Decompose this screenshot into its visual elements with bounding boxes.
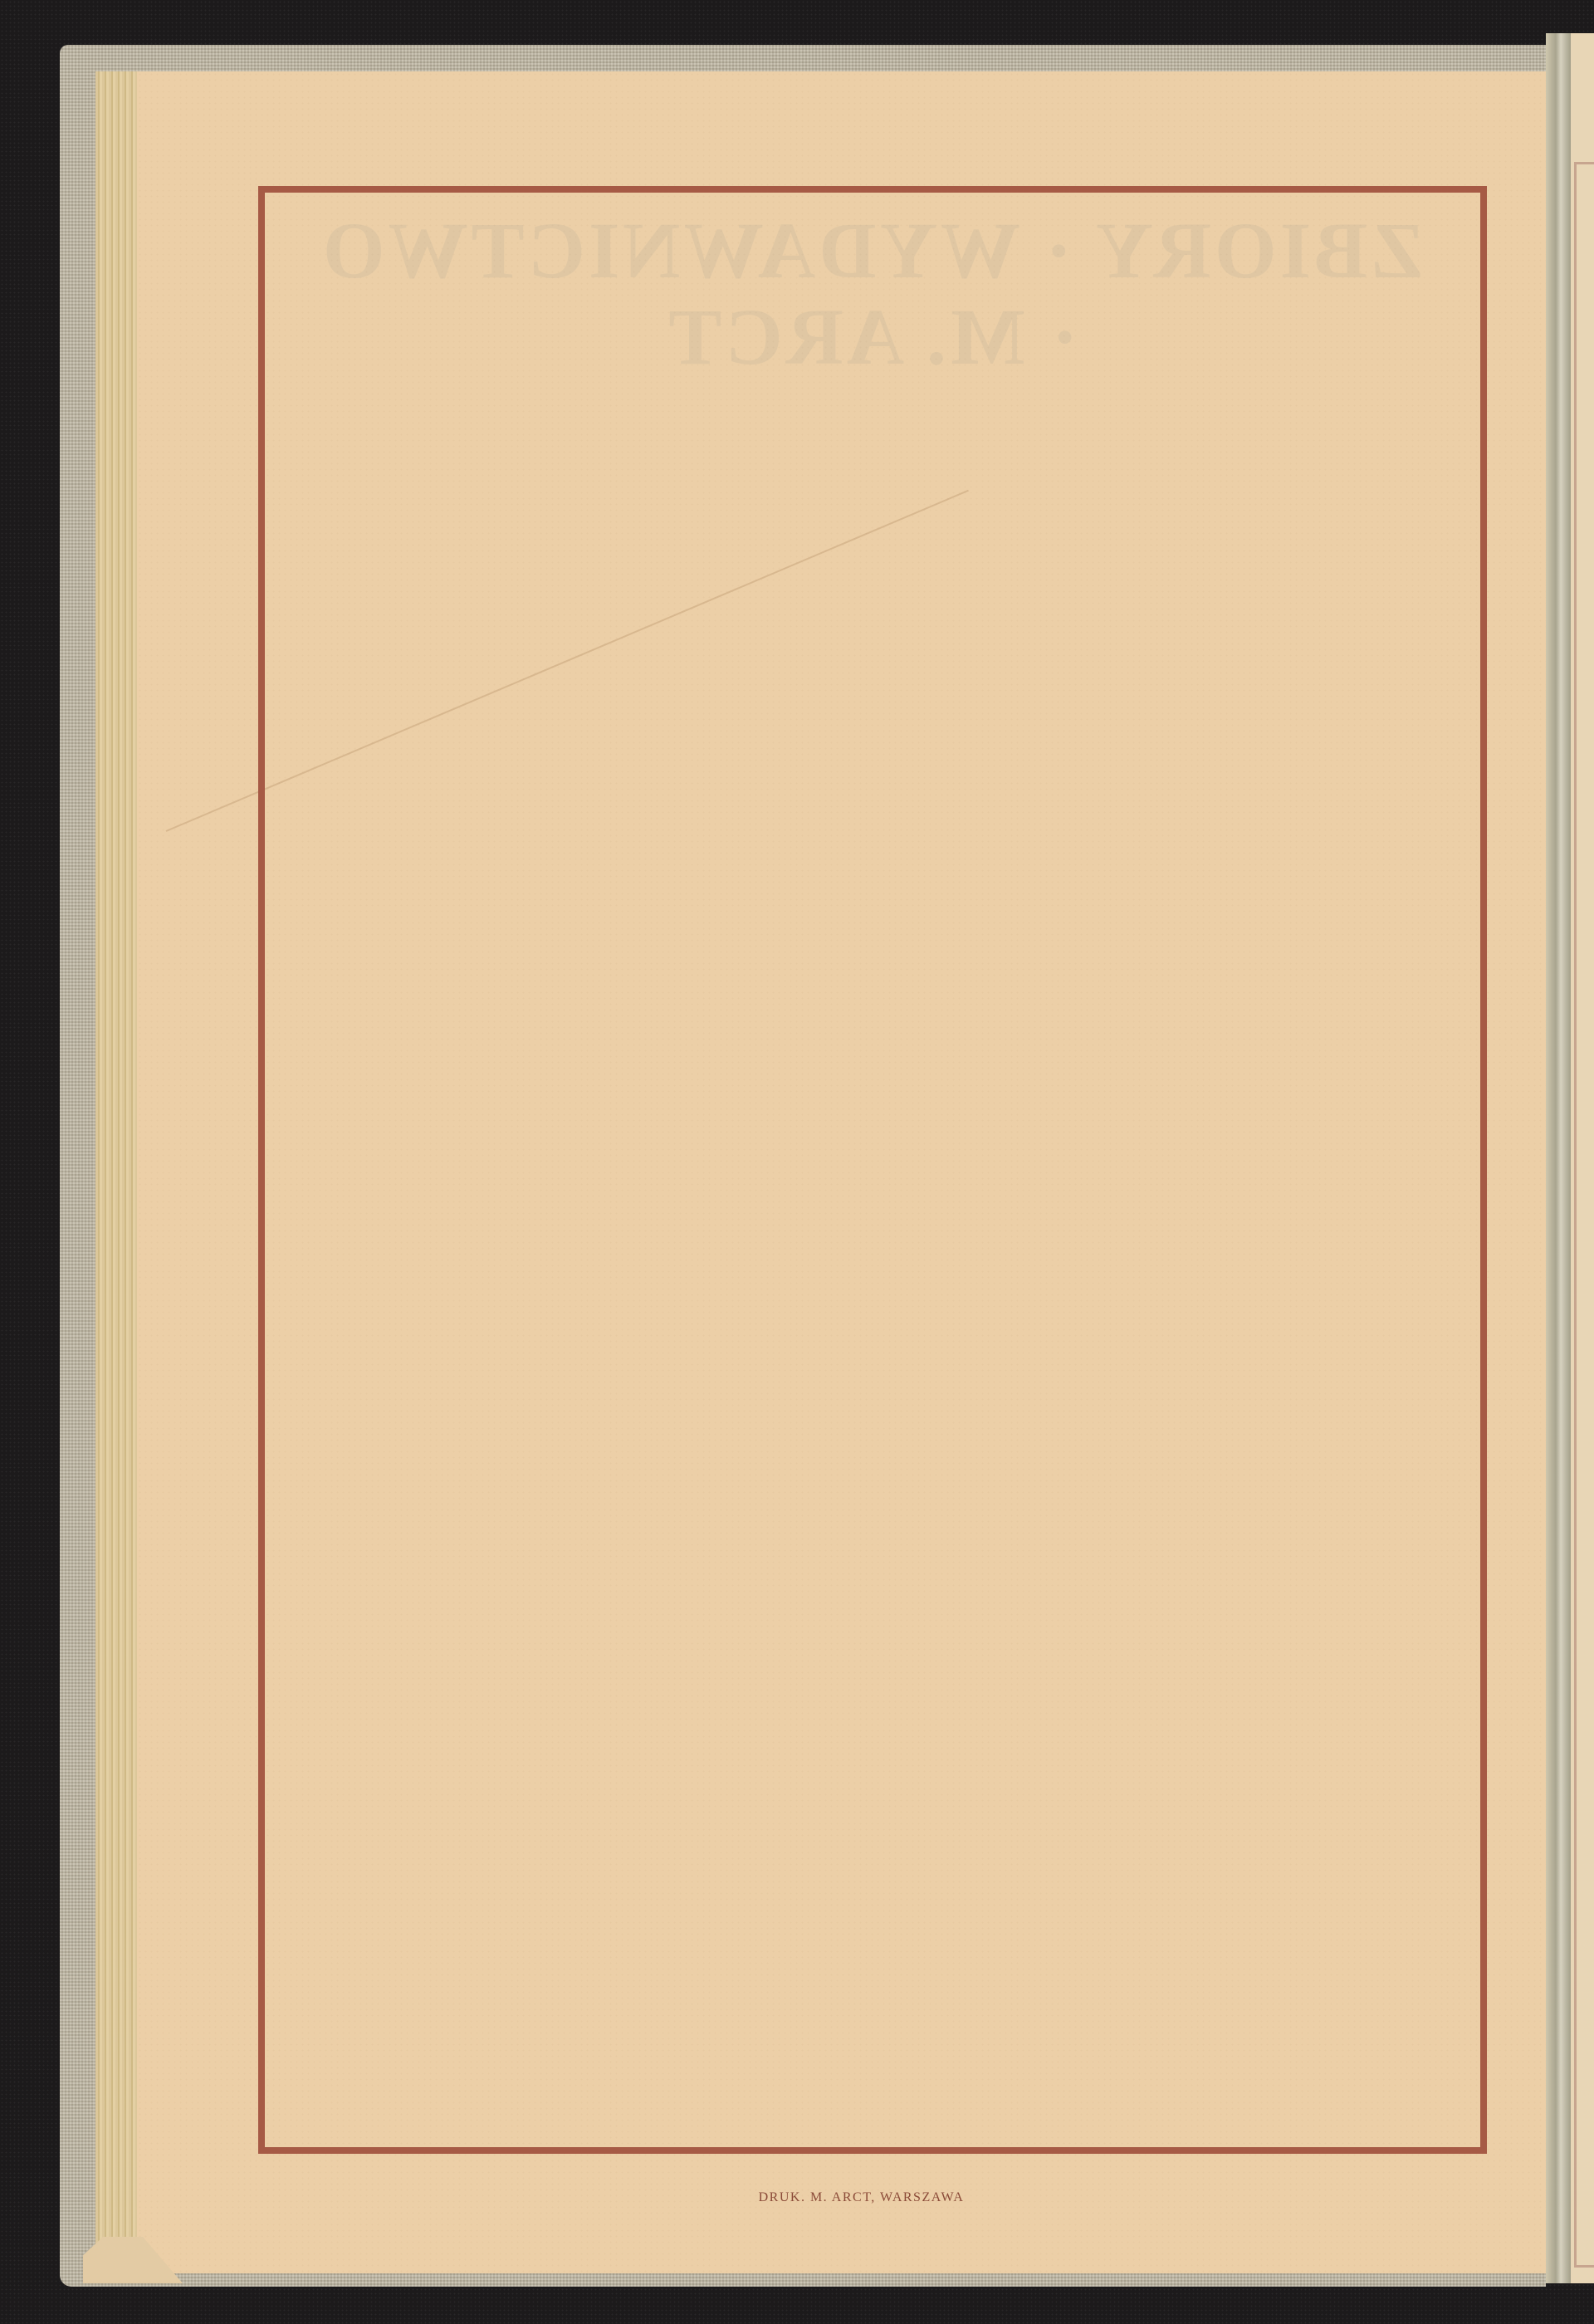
facing-page-frame bbox=[1574, 162, 1594, 2268]
book-spine-gutter bbox=[1546, 33, 1571, 2283]
decorative-page-frame bbox=[258, 186, 1487, 2154]
printer-imprint: DRUK. M. ARCT, WARSZAWA bbox=[0, 2190, 1594, 2205]
page-edges bbox=[95, 71, 139, 2273]
